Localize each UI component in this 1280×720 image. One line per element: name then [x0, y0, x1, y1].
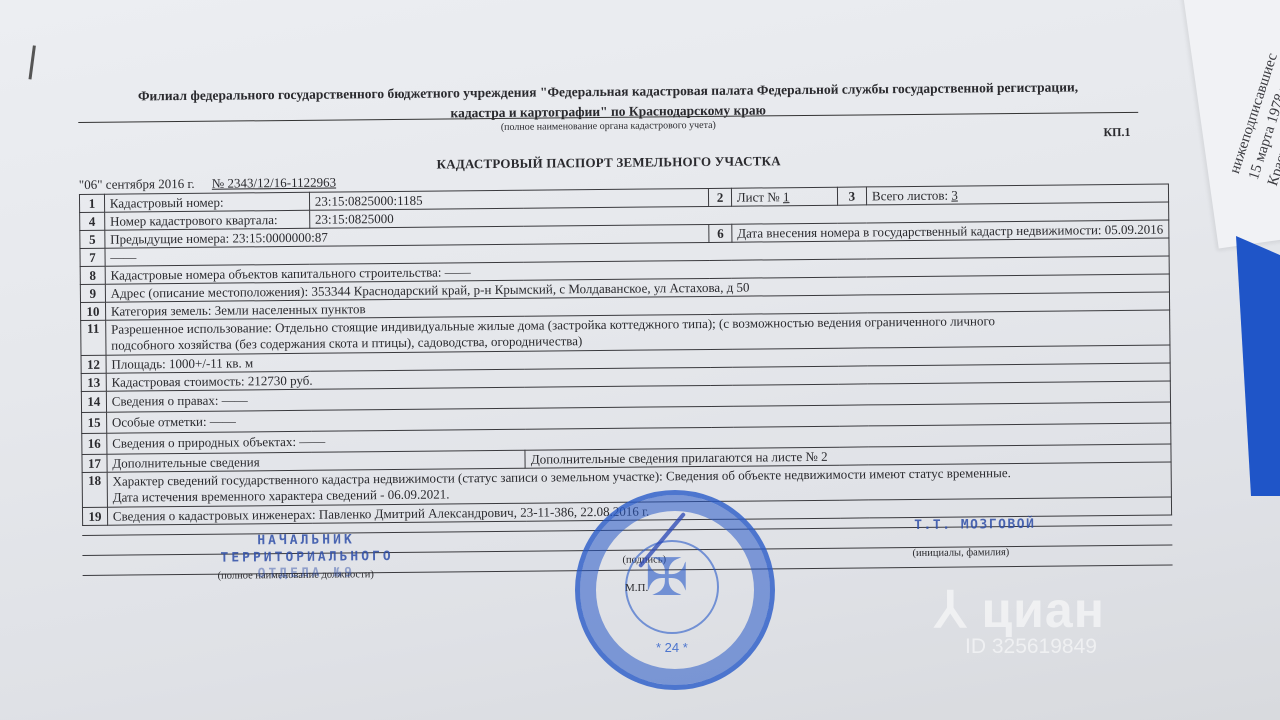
staple-icon	[29, 45, 36, 79]
sheet-number: Лист № 1	[731, 187, 837, 206]
row-number: 5	[80, 230, 105, 248]
row-number: 16	[82, 433, 107, 454]
seal-number: * 24 *	[656, 640, 688, 655]
name-caption: (инициалы, фамилия)	[912, 547, 1009, 559]
passport-table: 1 Кадастровый номер: 23:15:0825000:1185 …	[79, 184, 1172, 526]
row-number: 15	[82, 412, 107, 433]
row-number: 11	[81, 320, 106, 355]
cadastral-number-label: Кадастровый номер:	[104, 192, 309, 212]
total-sheets-value: 3	[951, 187, 958, 202]
row-number: 13	[81, 373, 106, 391]
row-number: 18	[82, 472, 107, 507]
form-code: КП.1	[1103, 125, 1130, 140]
cian-brand-text: циан	[981, 582, 1104, 638]
row-number: 12	[81, 355, 106, 373]
row-number: 9	[80, 284, 105, 302]
cian-logo-icon: ⅄	[935, 582, 981, 638]
row-number: 17	[82, 454, 107, 472]
row-number: 3	[837, 187, 866, 205]
row-number: 7	[80, 248, 105, 266]
sheet-number-value: 1	[783, 189, 790, 204]
cian-watermark: ⅄ циан ID 325619849	[935, 585, 1105, 659]
row-number: 1	[79, 194, 104, 212]
document-title: КАДАСТРОВЫЙ ПАСПОРТ ЗЕМЕЛЬНОГО УЧАСТКА	[79, 150, 1139, 176]
row-number: 14	[81, 391, 106, 412]
row-number: 4	[80, 212, 105, 230]
document-number: № 2343/12/16-1122963	[212, 175, 336, 191]
name-stamp: Т.Т. МОЗГОВОЙ	[914, 517, 1035, 533]
row-number: 8	[80, 266, 105, 284]
position-stamp-line3: ОТДЕЛА №9	[258, 565, 356, 581]
seal-label: М.П.	[625, 582, 648, 594]
position-stamp-line2: ТЕРРИТОРИАЛЬНОГО	[220, 549, 393, 566]
document-date-line: "06" сентября 2016 г. № 2343/12/16-11229…	[79, 175, 336, 193]
cian-brand: ⅄ циан	[935, 585, 1105, 635]
row-number: 6	[709, 224, 732, 242]
total-sheets-label: Всего листов:	[872, 187, 951, 203]
row-number: 10	[80, 302, 105, 320]
document-date: "06" сентября 2016 г.	[79, 176, 195, 192]
sheet-number-label: Лист №	[737, 189, 783, 204]
row-number: 2	[709, 188, 732, 206]
quarter-number-label: Номер кадастрового квартала:	[104, 210, 309, 230]
row-number: 19	[82, 507, 107, 525]
double-headed-eagle-icon: ✠	[645, 548, 689, 608]
listing-id: ID 325619849	[965, 635, 1105, 659]
position-stamp-line1: НАЧАЛЬНИК	[257, 532, 355, 548]
